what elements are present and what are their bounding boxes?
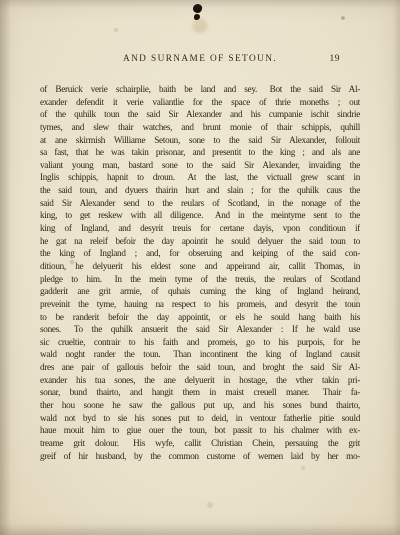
text-line: sic crueltie, contrair to his faith and …: [40, 336, 360, 349]
text-line: treame grit dolour. His wyfe, callit Chr…: [40, 437, 360, 450]
body-text: of Beruick verie schairplie, baith be la…: [40, 83, 360, 462]
text-line: Inglis schippis, hapnit to droun. At the…: [40, 171, 360, 184]
text-line: sones. To the quhilk ansuerit the said S…: [40, 323, 360, 336]
text-line: tymes, and slew thair watches, and brunt…: [40, 121, 360, 134]
text-line: of Beruick verie schairplie, baith be la…: [40, 83, 360, 96]
text-line: he gat na releif befoir the day apointit…: [40, 235, 360, 248]
text-line: said Sir Alexander send to the reulars o…: [40, 197, 360, 210]
page-header: AND SURNAME OF SETOUN. 19: [40, 54, 360, 67]
text-line: haue mouit him to giue ouer the toun, bo…: [40, 424, 360, 437]
text-line: exander defendit it verie valiantlie for…: [40, 96, 360, 109]
text-line: greif of hir husband, by the common cust…: [40, 450, 360, 463]
text-line: pledge to him. In the mein tyme of the t…: [40, 273, 360, 286]
text-line: sa fast, that he was takin prisonar, and…: [40, 146, 360, 159]
text-line: wald noght rander the toun. Than inconti…: [40, 348, 360, 361]
text-line: preveinit the tyme, hauing na respect to…: [40, 298, 360, 311]
text-line: sonar, bund thairto, and hangit them in …: [40, 386, 360, 399]
ink-blot-lower-dot: [194, 14, 200, 20]
text-line: the said toun, and dyuers thairin hurt a…: [40, 184, 360, 197]
ink-blot-upper-dot: [192, 3, 203, 14]
text-line: gadderit ane grit armie, of quhais cumin…: [40, 285, 360, 298]
text-line: ther hou soone he saw the gallous put up…: [40, 399, 360, 412]
running-header: AND SURNAME OF SETOUN.: [40, 54, 360, 64]
text-line: dres ane pair of gallouis befoir the sai…: [40, 361, 360, 374]
book-page: AND SURNAME OF SETOUN. 19 of Beruick ver…: [0, 0, 400, 535]
text-line: at ane skirmish Williame Setoun, sone to…: [40, 134, 360, 147]
text-line: wald not byd to sie his sones put to dei…: [40, 412, 360, 425]
text-line: king of Ingland, and desyrit treuis for …: [40, 222, 360, 235]
text-line: ditioun, he delyuerit his eldest sone an…: [40, 260, 360, 273]
text-line: the king of Ingland ; and, for obseruing…: [40, 247, 360, 260]
text-line: to be randerit befoir the day appointit,…: [40, 311, 360, 324]
text-line: king, to get reskew with all diligence. …: [40, 209, 360, 222]
text-line: valiant young man, bastard sone to the s…: [40, 159, 360, 172]
text-line: exander his tua sones, the ane delyuerit…: [40, 374, 360, 387]
page-number: 19: [330, 54, 341, 64]
text-line: of the quhilk toun the said Sir Alexande…: [40, 108, 360, 121]
